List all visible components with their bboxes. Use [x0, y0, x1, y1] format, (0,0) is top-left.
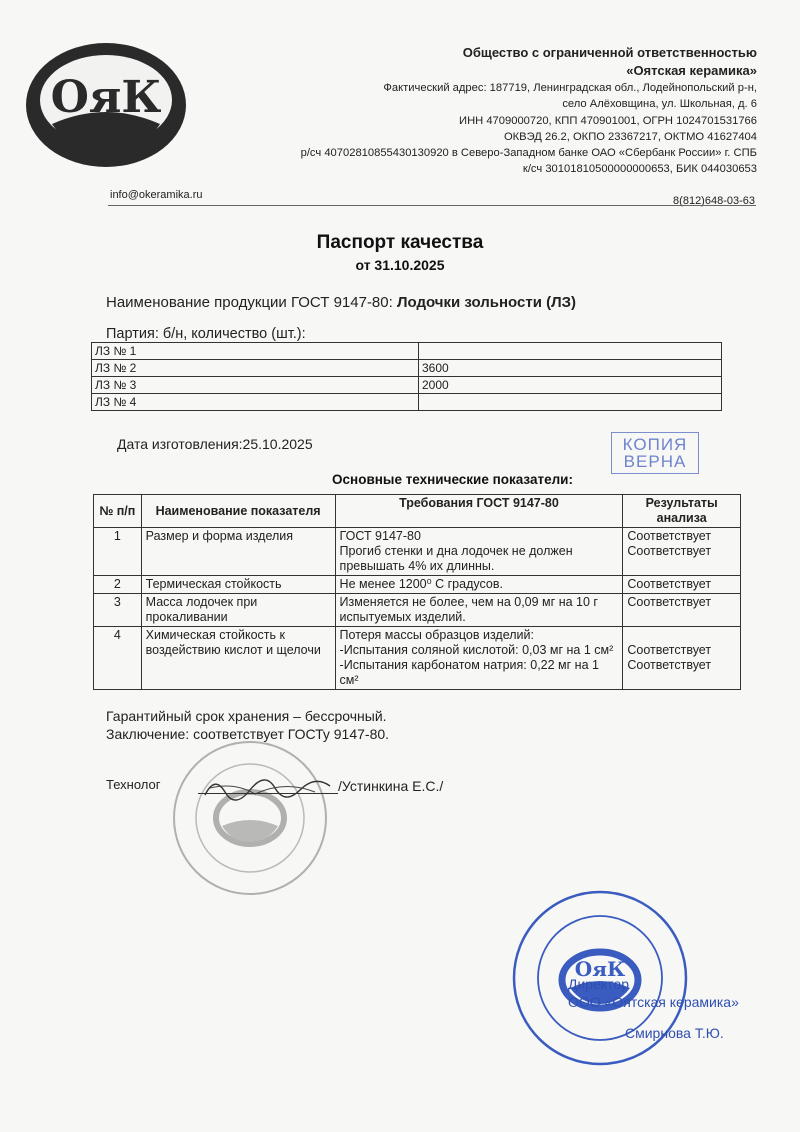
svg-text:ОяК: ОяК: [51, 72, 162, 123]
manufacture-date: Дата изготовления:25.10.2025: [117, 436, 313, 452]
company-email: info@okeramika.ru: [110, 189, 202, 201]
product-label: Наименование продукции ГОСТ 9147-80:: [106, 294, 397, 311]
header-requirement: Требования ГОСТ 9147-80: [335, 495, 623, 528]
batch-label: Партия: б/н, количество (шт.):: [106, 326, 306, 342]
quality-passport-page: ОяК Общество с ограниченной ответственно…: [0, 0, 800, 1132]
technologist-name: /Устинкина Е.С./: [338, 778, 443, 794]
batch-row: ЛЗ № 4: [92, 394, 722, 411]
technologist-signature-icon: [195, 770, 345, 810]
table-row: 4 Химическая стойкость к воздействию кис…: [94, 627, 741, 690]
correspondent-account-line: к/сч 30101810500000000653, БИК 044030653: [237, 161, 757, 177]
batch-table: ЛЗ № 1 ЛЗ № 2 3600 ЛЗ № 3 2000 ЛЗ № 4: [91, 342, 722, 411]
address-line: Фактический адрес: 187719, Ленинградская…: [237, 80, 757, 96]
product-line: Наименование продукции ГОСТ 9147-80: Лод…: [106, 294, 576, 311]
signature-line: [198, 793, 338, 794]
warranty-text: Гарантийный срок хранения – бессрочный.: [106, 708, 387, 724]
document-date: от 31.10.2025: [0, 257, 800, 273]
director-title: Директор: [568, 975, 739, 993]
table-row: 3 Масса лодочек при прокаливании Изменяе…: [94, 594, 741, 627]
director-company: ООО «Оятская керамика»: [568, 993, 739, 1011]
batch-row: ЛЗ № 2 3600: [92, 360, 722, 377]
tax-ids-line: ИНН 4709000720, КПП 470901001, ОГРН 1024…: [237, 113, 757, 129]
technologist-label: Технолог: [106, 777, 160, 792]
company-logo-icon: ОяК: [22, 40, 190, 170]
bank-account-line: р/сч 40702810855430130920 в Северо-Запад…: [237, 145, 757, 161]
company-name: Общество с ограниченной ответственностью: [237, 44, 757, 62]
specifications-table: № п/п Наименование показателя Требования…: [93, 494, 741, 690]
table-row: 2 Термическая стойкость Не менее 1200⁰ С…: [94, 576, 741, 594]
header-result: Результаты анализа: [623, 495, 741, 528]
table-header-row: № п/п Наименование показателя Требования…: [94, 495, 741, 528]
company-requisites: Общество с ограниченной ответственностью…: [237, 44, 757, 178]
header-divider: [108, 205, 756, 206]
copy-certified-stamp: КОПИЯ ВЕРНА: [611, 432, 699, 474]
section-title: Основные технические показатели:: [0, 472, 800, 487]
director-signature-block: Директор ООО «Оятская керамика»: [568, 975, 739, 1011]
address-line: село Алёховщина, ул. Школьная, д. 6: [237, 96, 757, 112]
header-indicator: Наименование показателя: [141, 495, 335, 528]
codes-line: ОКВЭД 26.2, ОКПО 23367217, ОКТМО 4162740…: [237, 129, 757, 145]
document-title: Паспорт качества: [0, 232, 800, 254]
company-brand: «Оятская керамика»: [237, 62, 757, 80]
header-num: № п/п: [94, 495, 142, 528]
table-row: 1 Размер и форма изделия ГОСТ 9147-80 Пр…: [94, 528, 741, 576]
product-name: Лодочки зольности (ЛЗ): [397, 294, 576, 311]
company-seal-icon: [170, 738, 330, 898]
batch-row: ЛЗ № 1: [92, 343, 722, 360]
batch-row: ЛЗ № 3 2000: [92, 377, 722, 394]
director-name: Смирнова Т.Ю.: [625, 1025, 724, 1041]
